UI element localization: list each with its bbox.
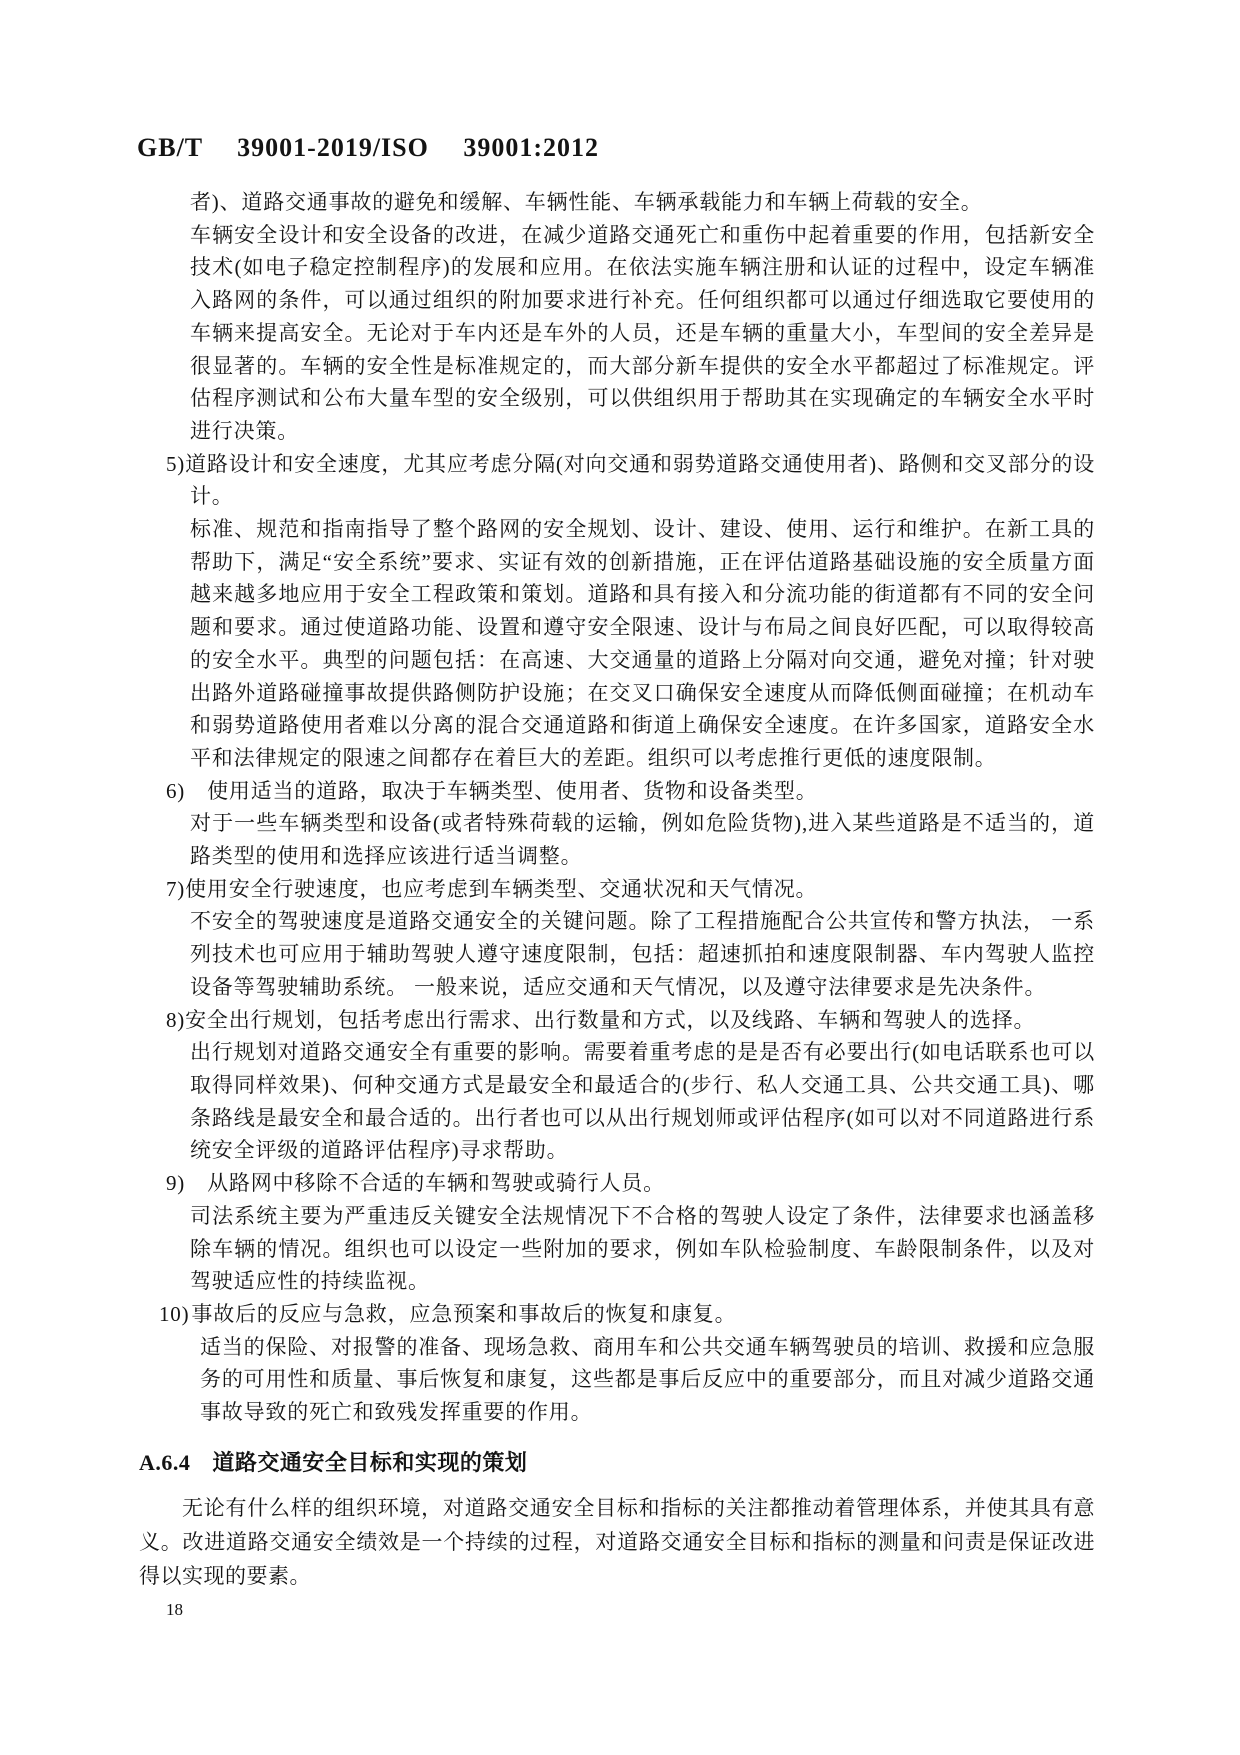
lead-paragraph: 车辆安全设计和安全设备的改进，在减少道路交通死亡和重伤中起着重要的作用，包括新安… <box>190 219 1095 448</box>
item-title: 使用适当的道路，取决于车辆类型、使用者、货物和设备类型。 <box>207 779 817 803</box>
item-number: 9) <box>166 1171 185 1195</box>
item-title: 事故后的反应与急救，应急预案和事故后的恢复和康复。 <box>191 1302 736 1326</box>
list-item-9: 9)从路网中移除不合适的车辆和驾驶或骑行人员。 司法系统主要为严重违反关键安全法… <box>190 1167 1095 1298</box>
item-number: 8) <box>166 1008 185 1032</box>
list-item-title-line: 9)从路网中移除不合适的车辆和驾驶或骑行人员。 <box>190 1167 1095 1200</box>
section-number: A.6.4 <box>139 1450 190 1475</box>
list-item-title-line: 7)使用安全行驶速度，也应考虑到车辆类型、交通状况和天气情况。 <box>190 873 1095 906</box>
item-number: 10) <box>159 1302 189 1326</box>
item-title: 道路设计和安全速度，尤其应考虑分隔(对向交通和弱势道路交通使用者)、路侧和交叉部… <box>185 452 1095 509</box>
closing-paragraph: 无论有什么样的组织环境，对道路交通安全目标和指标的关注都推动着管理体系，并使其具… <box>139 1491 1095 1593</box>
list-item-6: 6)使用适当的道路，取决于车辆类型、使用者、货物和设备类型。 对于一些车辆类型和… <box>190 775 1095 873</box>
item-body: 标准、规范和指南指导了整个路网的安全规划、设计、建设、使用、运行和维护。在新工具… <box>190 513 1095 775</box>
item-body: 对于一些车辆类型和设备(或者特殊荷载的运输，例如危险货物),进入某些道路是不适当… <box>190 807 1095 872</box>
page-number: 18 <box>166 1600 183 1620</box>
item-body: 出行规划对道路交通安全有重要的影响。需要着重考虑的是是否有必要出行(如电话联系也… <box>190 1036 1095 1167</box>
document-code: GB/T 39001-2019/ISO 39001:2012 <box>137 127 599 164</box>
list-item-title-line: 6)使用适当的道路，取决于车辆类型、使用者、货物和设备类型。 <box>190 775 1095 808</box>
document-page: GB/T 39001-2019/ISO 39001:2012 者)、道路交通事故… <box>0 0 1240 1755</box>
item-title: 从路网中移除不合适的车辆和驾驶或骑行人员。 <box>207 1171 665 1195</box>
lead-paragraph: 者)、道路交通事故的避免和缓解、车辆性能、车辆承载能力和车辆上荷载的安全。 <box>190 186 1095 219</box>
item-number: 7) <box>166 877 185 901</box>
item-title: 安全出行规划，包括考虑出行需求、出行数量和方式，以及线路、车辆和驾驶人的选择。 <box>185 1008 1035 1032</box>
item-title: 使用安全行驶速度，也应考虑到车辆类型、交通状况和天气情况。 <box>185 877 817 901</box>
list-item-5: 5)道路设计和安全速度，尤其应考虑分隔(对向交通和弱势道路交通使用者)、路侧和交… <box>190 448 1095 775</box>
document-body: 者)、道路交通事故的避免和缓解、车辆性能、车辆承载能力和车辆上荷载的安全。 车辆… <box>190 186 1095 1429</box>
item-number: 5) <box>166 452 185 476</box>
list-item-title-line: 5)道路设计和安全速度，尤其应考虑分隔(对向交通和弱势道路交通使用者)、路侧和交… <box>190 448 1095 513</box>
list-item-10: 10)事故后的反应与急救，应急预案和事故后的恢复和康复。 适当的保险、对报警的准… <box>190 1298 1095 1429</box>
list-item-7: 7)使用安全行驶速度，也应考虑到车辆类型、交通状况和天气情况。 不安全的驾驶速度… <box>190 873 1095 1004</box>
list-item-title-line: 10)事故后的反应与急救，应急预案和事故后的恢复和康复。 <box>190 1298 1095 1331</box>
list-item-title-line: 8)安全出行规划，包括考虑出行需求、出行数量和方式，以及线路、车辆和驾驶人的选择… <box>190 1004 1095 1037</box>
section-title: 道路交通安全目标和实现的策划 <box>212 1450 527 1475</box>
section-heading: A.6.4道路交通安全目标和实现的策划 <box>139 1446 527 1477</box>
item-number: 6) <box>166 779 185 803</box>
list-item-8: 8)安全出行规划，包括考虑出行需求、出行数量和方式，以及线路、车辆和驾驶人的选择… <box>190 1004 1095 1168</box>
item-body: 不安全的驾驶速度是道路交通安全的关键问题。除了工程措施配合公共宣传和警方执法， … <box>190 905 1095 1003</box>
item-body: 适当的保险、对报警的准备、现场急救、商用车和公共交通车辆驾驶员的培训、救援和应急… <box>200 1331 1095 1429</box>
item-body: 司法系统主要为严重违反关键安全法规情况下不合格的驾驶人设定了条件，法律要求也涵盖… <box>190 1200 1095 1298</box>
